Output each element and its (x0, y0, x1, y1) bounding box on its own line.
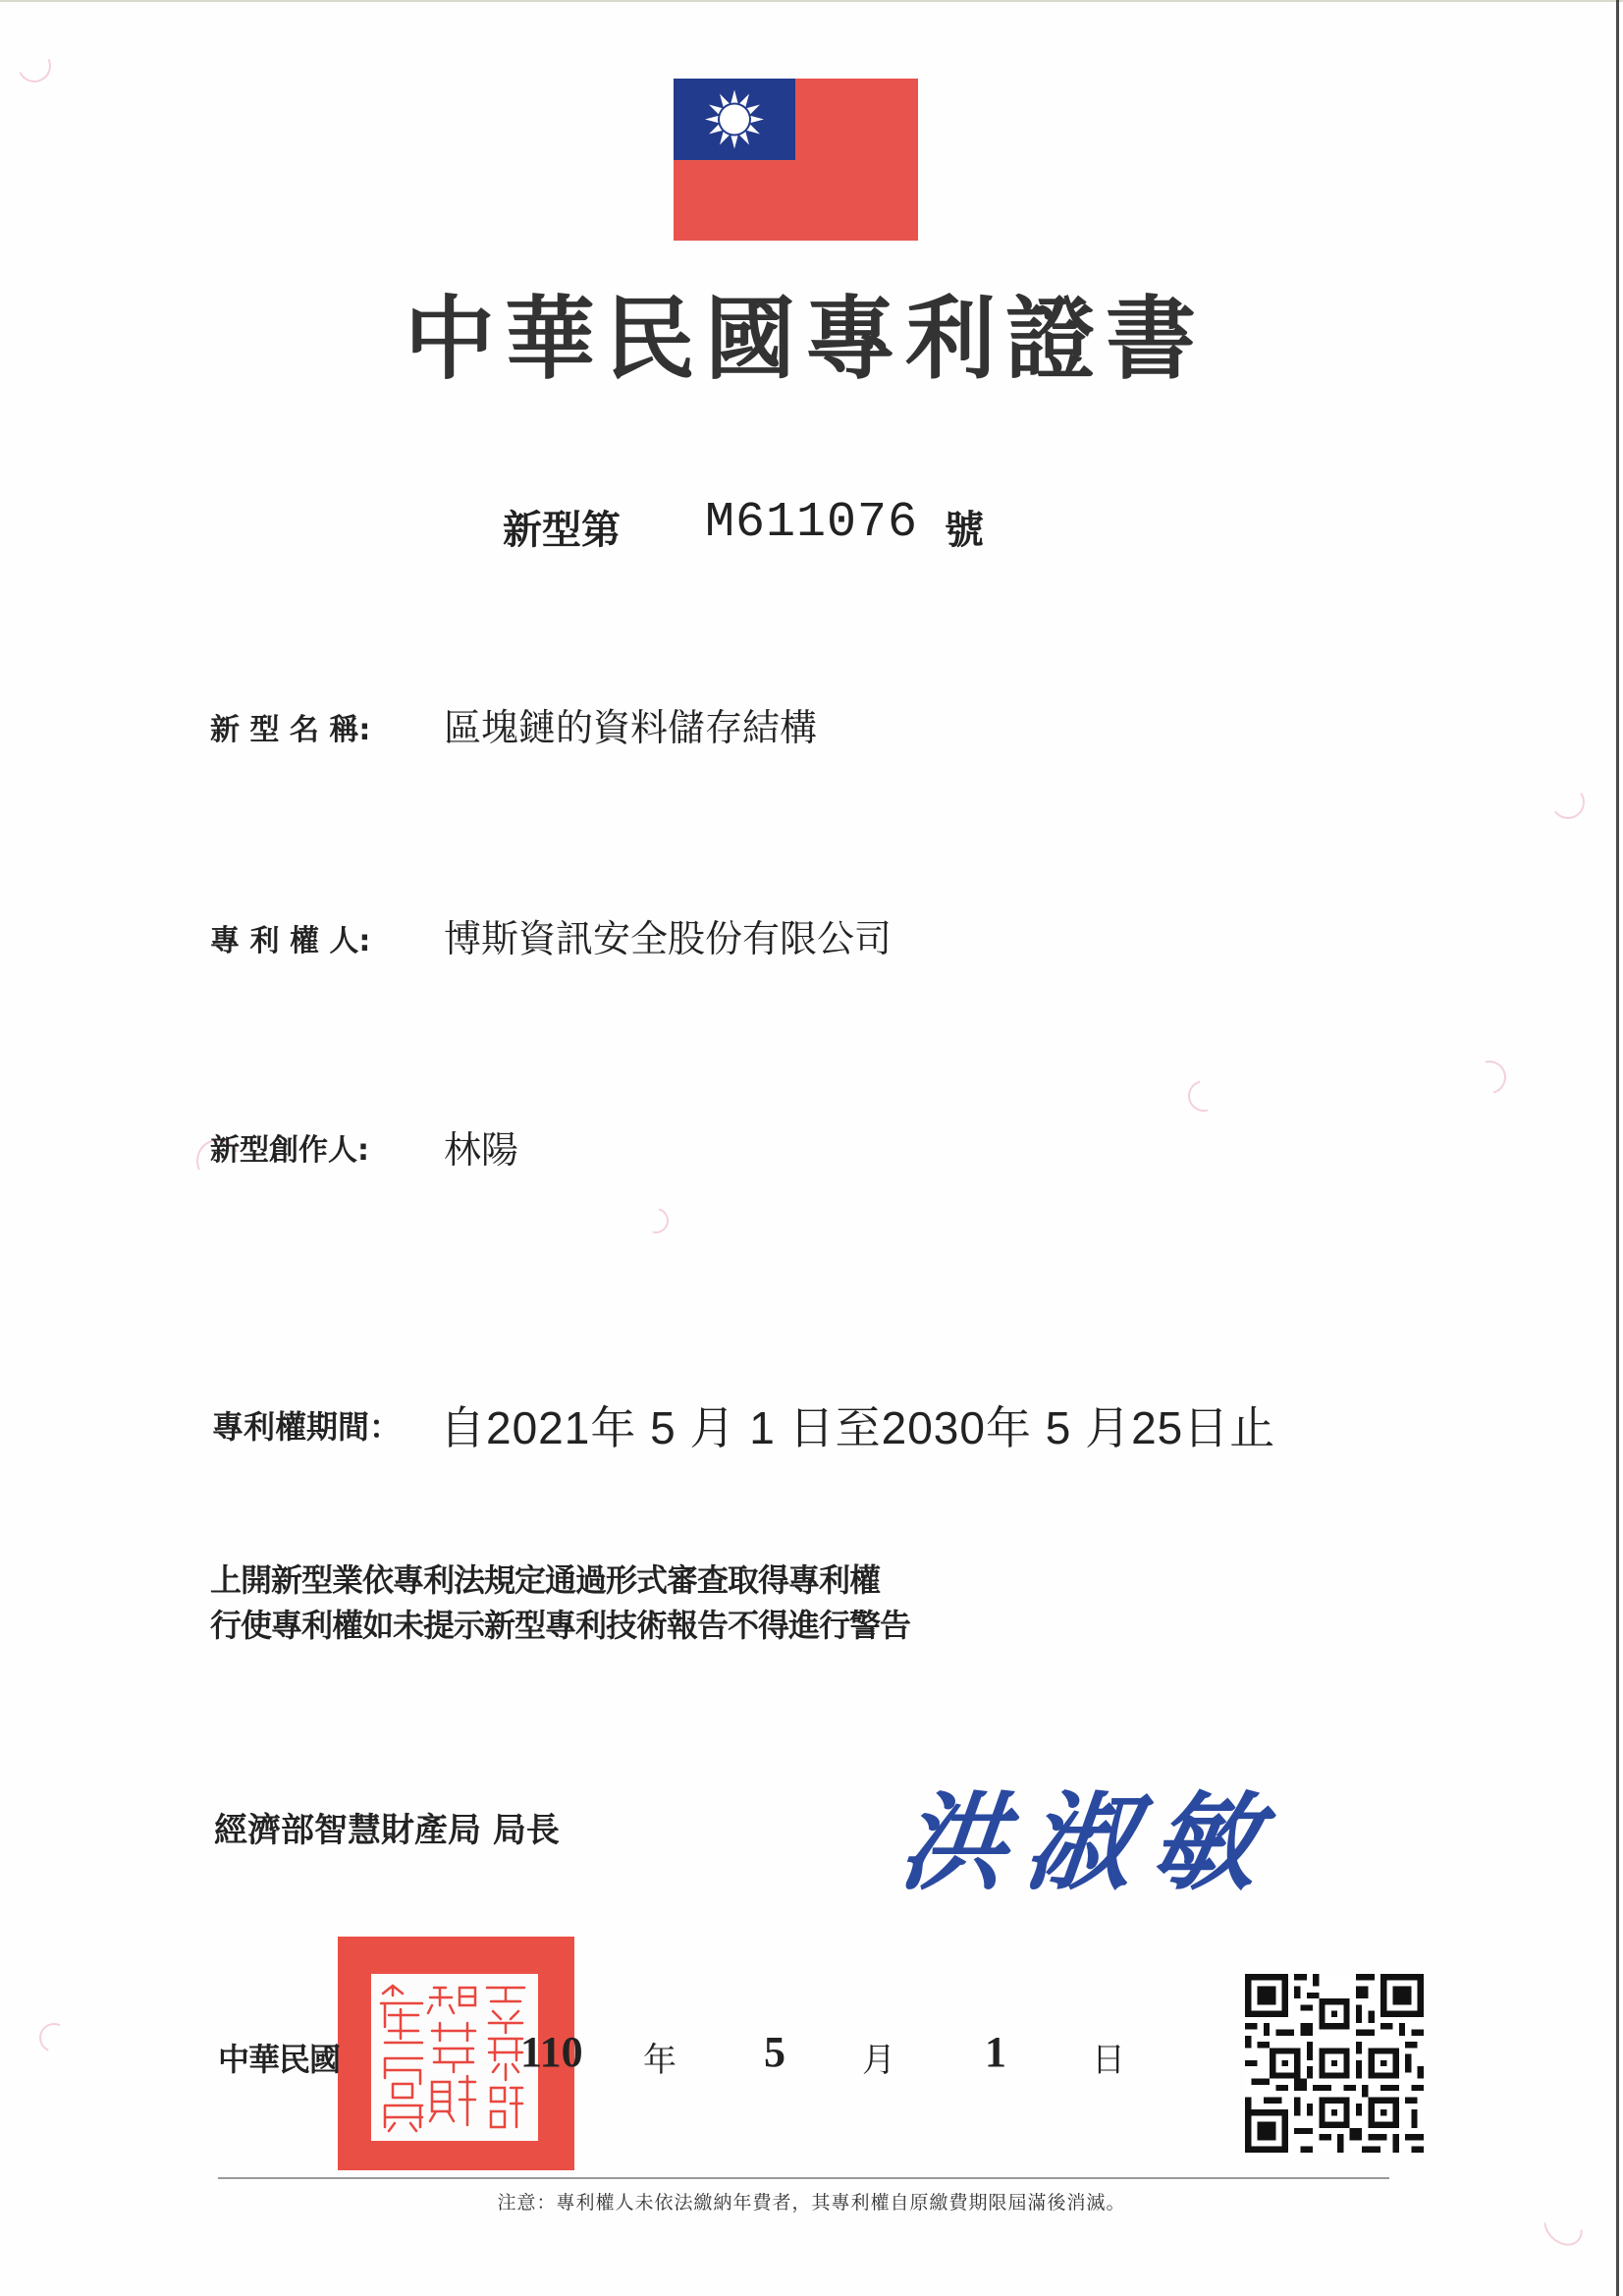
roc-flag-icon (674, 79, 918, 241)
white-sun-icon (674, 79, 795, 160)
scan-edge-right (1616, 0, 1619, 2296)
flag-canton (674, 79, 795, 160)
issue-date-day: 1 (985, 2027, 1006, 2077)
paper-fiber (1467, 1055, 1512, 1100)
issue-date-month-unit: 月 (862, 2033, 895, 2081)
field-value-creator: 林陽 (444, 1120, 518, 1174)
field-value-title: 區塊鏈的資料儲存結構 (444, 697, 817, 751)
issue-date-month: 5 (764, 2027, 785, 2077)
certificate-title: 中華民國專利證書 (373, 290, 1237, 388)
certificate-page: 中華民國專利證書 新型第 M611076 號 新 型 名 稱: 區塊鏈的資料儲存… (0, 0, 1623, 2296)
patent-number-line: 新型第 M611076 號 (0, 499, 1623, 558)
patent-number: M611076 (705, 495, 918, 551)
patent-number-suffix: 號 (945, 499, 984, 555)
paper-fiber (1182, 1074, 1225, 1118)
term-value: 自2021年 5 月 1 日至2030年 5 月25日止 (440, 1393, 1275, 1457)
qr-code-pattern (1245, 1974, 1424, 2153)
paper-fiber (638, 1203, 674, 1238)
patent-number-prefix: 新型第 (503, 499, 621, 555)
term-label: 專利權期間： (212, 1402, 401, 1448)
notice-line-2: 行使專利權如未提示新型專利技術報告不得進行警告 (210, 1601, 910, 1646)
paper-fiber (1548, 783, 1587, 821)
field-label-title: 新 型 名 稱: (210, 705, 370, 748)
field-label-creator: 新型創作人: (210, 1125, 369, 1169)
field-value-patentee: 博斯資訊安全股份有限公司 (444, 908, 892, 962)
issue-date-year: 110 (520, 2027, 583, 2077)
issue-date-year-unit: 年 (643, 2033, 676, 2081)
issue-date-era: 中華民國 (218, 2035, 340, 2080)
footer-notice: 注意：專利權人未依法繳納年費者，其專利權自原繳費期限屆滿後消滅。 (0, 2188, 1623, 2214)
director-signature: 洪淑敏 (893, 1758, 1286, 1910)
paper-fiber (13, 44, 56, 87)
scan-edge-top (0, 0, 1623, 2)
qr-code-icon (1245, 1974, 1424, 2153)
issue-date-day-unit: 日 (1092, 2033, 1125, 2081)
issuing-office: 經濟部智慧財產局 局長 (214, 1803, 560, 1851)
footer-divider (218, 2177, 1389, 2179)
field-label-patentee: 專 利 權 人: (210, 916, 370, 959)
notice-line-1: 上開新型業依專利法規定通過形式審查取得專利權 (210, 1556, 880, 1601)
